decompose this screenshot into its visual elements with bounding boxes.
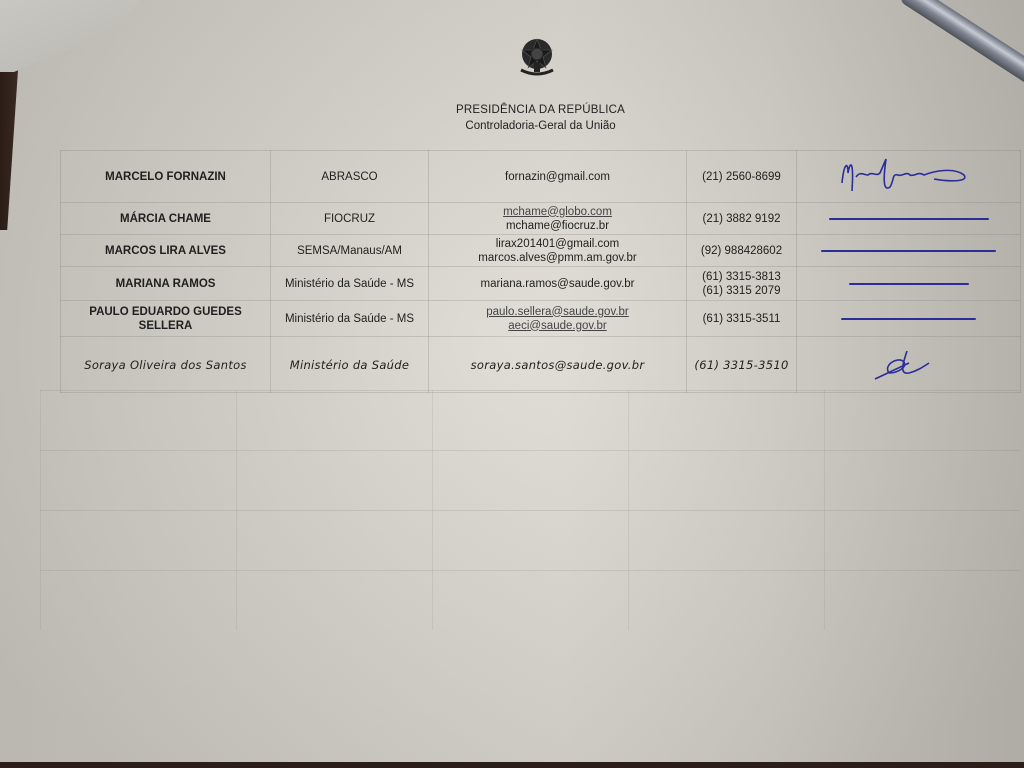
phone-number: (61) 3315-3511 xyxy=(691,312,792,326)
handwritten-name: Soraya Oliveira dos Santos xyxy=(61,337,271,393)
participant-emails: mchame@globo.commchame@fiocruz.br xyxy=(429,203,687,235)
table-row: MARCOS LIRA ALVESSEMSA/Manaus/AMlirax201… xyxy=(61,235,1021,267)
email-address: marcos.alves@pmm.am.gov.br xyxy=(433,251,682,265)
signature-cell xyxy=(797,235,1021,267)
participant-name: MÁRCIA CHAME xyxy=(61,203,271,235)
table-row: MARIANA RAMOSMinistério da Saúde - MSmar… xyxy=(61,267,1021,301)
email-address: mariana.ramos@saude.gov.br xyxy=(433,277,682,291)
handwritten-table-row: Soraya Oliveira dos SantosMinistério da … xyxy=(61,337,1021,393)
participant-organization: Ministério da Saúde - MS xyxy=(271,301,429,337)
attendance-table: MARCELO FORNAZINABRASCOfornazin@gmail.co… xyxy=(60,150,1021,393)
participant-phones: (61) 3315-3511 xyxy=(687,301,797,337)
participant-name: PAULO EDUARDO GUEDES SELLERA xyxy=(61,301,271,337)
table-row: PAULO EDUARDO GUEDES SELLERAMinistério d… xyxy=(61,301,1021,337)
email-address[interactable]: aeci@saude.gov.br xyxy=(433,319,682,333)
participant-phones: (92) 988428602 xyxy=(687,235,797,267)
signature-line xyxy=(841,318,976,320)
phone-number: (21) 3882 9192 xyxy=(691,212,792,226)
header-cgu: Controladoria-Geral da União xyxy=(0,120,1024,132)
signature-cell xyxy=(797,301,1021,337)
signature-cell xyxy=(797,151,1021,203)
participant-phones: (21) 3882 9192 xyxy=(687,203,797,235)
header-presidencia: PRESIDÊNCIA DA REPÚBLICA xyxy=(0,104,1024,116)
participant-organization: SEMSA/Manaus/AM xyxy=(271,235,429,267)
participant-organization: Ministério da Saúde - MS xyxy=(271,267,429,301)
participant-phones: (61) 3315-3813(61) 3315 2079 xyxy=(687,267,797,301)
table-row: MÁRCIA CHAMEFIOCRUZmchame@globo.commcham… xyxy=(61,203,1021,235)
email-address: lirax201401@gmail.com xyxy=(433,237,682,251)
handwritten-organization: Ministério da Saúde xyxy=(271,337,429,393)
email-address: fornazin@gmail.com xyxy=(433,170,682,184)
signature-line xyxy=(821,250,996,252)
participant-emails: lirax201401@gmail.commarcos.alves@pmm.am… xyxy=(429,235,687,267)
participant-name: MARIANA RAMOS xyxy=(61,267,271,301)
participant-emails: mariana.ramos@saude.gov.br xyxy=(429,267,687,301)
participant-name: MARCOS LIRA ALVES xyxy=(61,235,271,267)
signature-line xyxy=(849,283,969,285)
participant-phones: (21) 2560-8699 xyxy=(687,151,797,203)
handwritten-signature-icon xyxy=(869,343,949,383)
email-address[interactable]: paulo.sellera@saude.gov.br xyxy=(433,305,682,319)
email-address: mchame@fiocruz.br xyxy=(433,219,682,233)
handwritten-email: soraya.santos@saude.gov.br xyxy=(429,337,687,393)
signature-cell xyxy=(797,267,1021,301)
handwritten-signature-icon xyxy=(834,153,984,197)
participant-organization: FIOCRUZ xyxy=(271,203,429,235)
participant-emails: fornazin@gmail.com xyxy=(429,151,687,203)
table-row: MARCELO FORNAZINABRASCOfornazin@gmail.co… xyxy=(61,151,1021,203)
phone-number: (92) 988428602 xyxy=(691,244,792,258)
participant-name: MARCELO FORNAZIN xyxy=(61,151,271,203)
phone-number: (21) 2560-8699 xyxy=(691,170,792,184)
email-address[interactable]: mchame@globo.com xyxy=(433,205,682,219)
empty-table-grid xyxy=(40,390,1020,630)
coat-of-arms-icon xyxy=(517,36,557,78)
participant-emails: paulo.sellera@saude.gov.braeci@saude.gov… xyxy=(429,301,687,337)
phone-number: (61) 3315 2079 xyxy=(691,284,792,298)
participant-organization: ABRASCO xyxy=(271,151,429,203)
phone-number: (61) 3315-3813 xyxy=(691,270,792,284)
signature-cell xyxy=(797,203,1021,235)
signature-cell xyxy=(797,337,1021,393)
handwritten-phone: (61) 3315-3510 xyxy=(687,337,797,393)
signature-line xyxy=(829,218,989,220)
